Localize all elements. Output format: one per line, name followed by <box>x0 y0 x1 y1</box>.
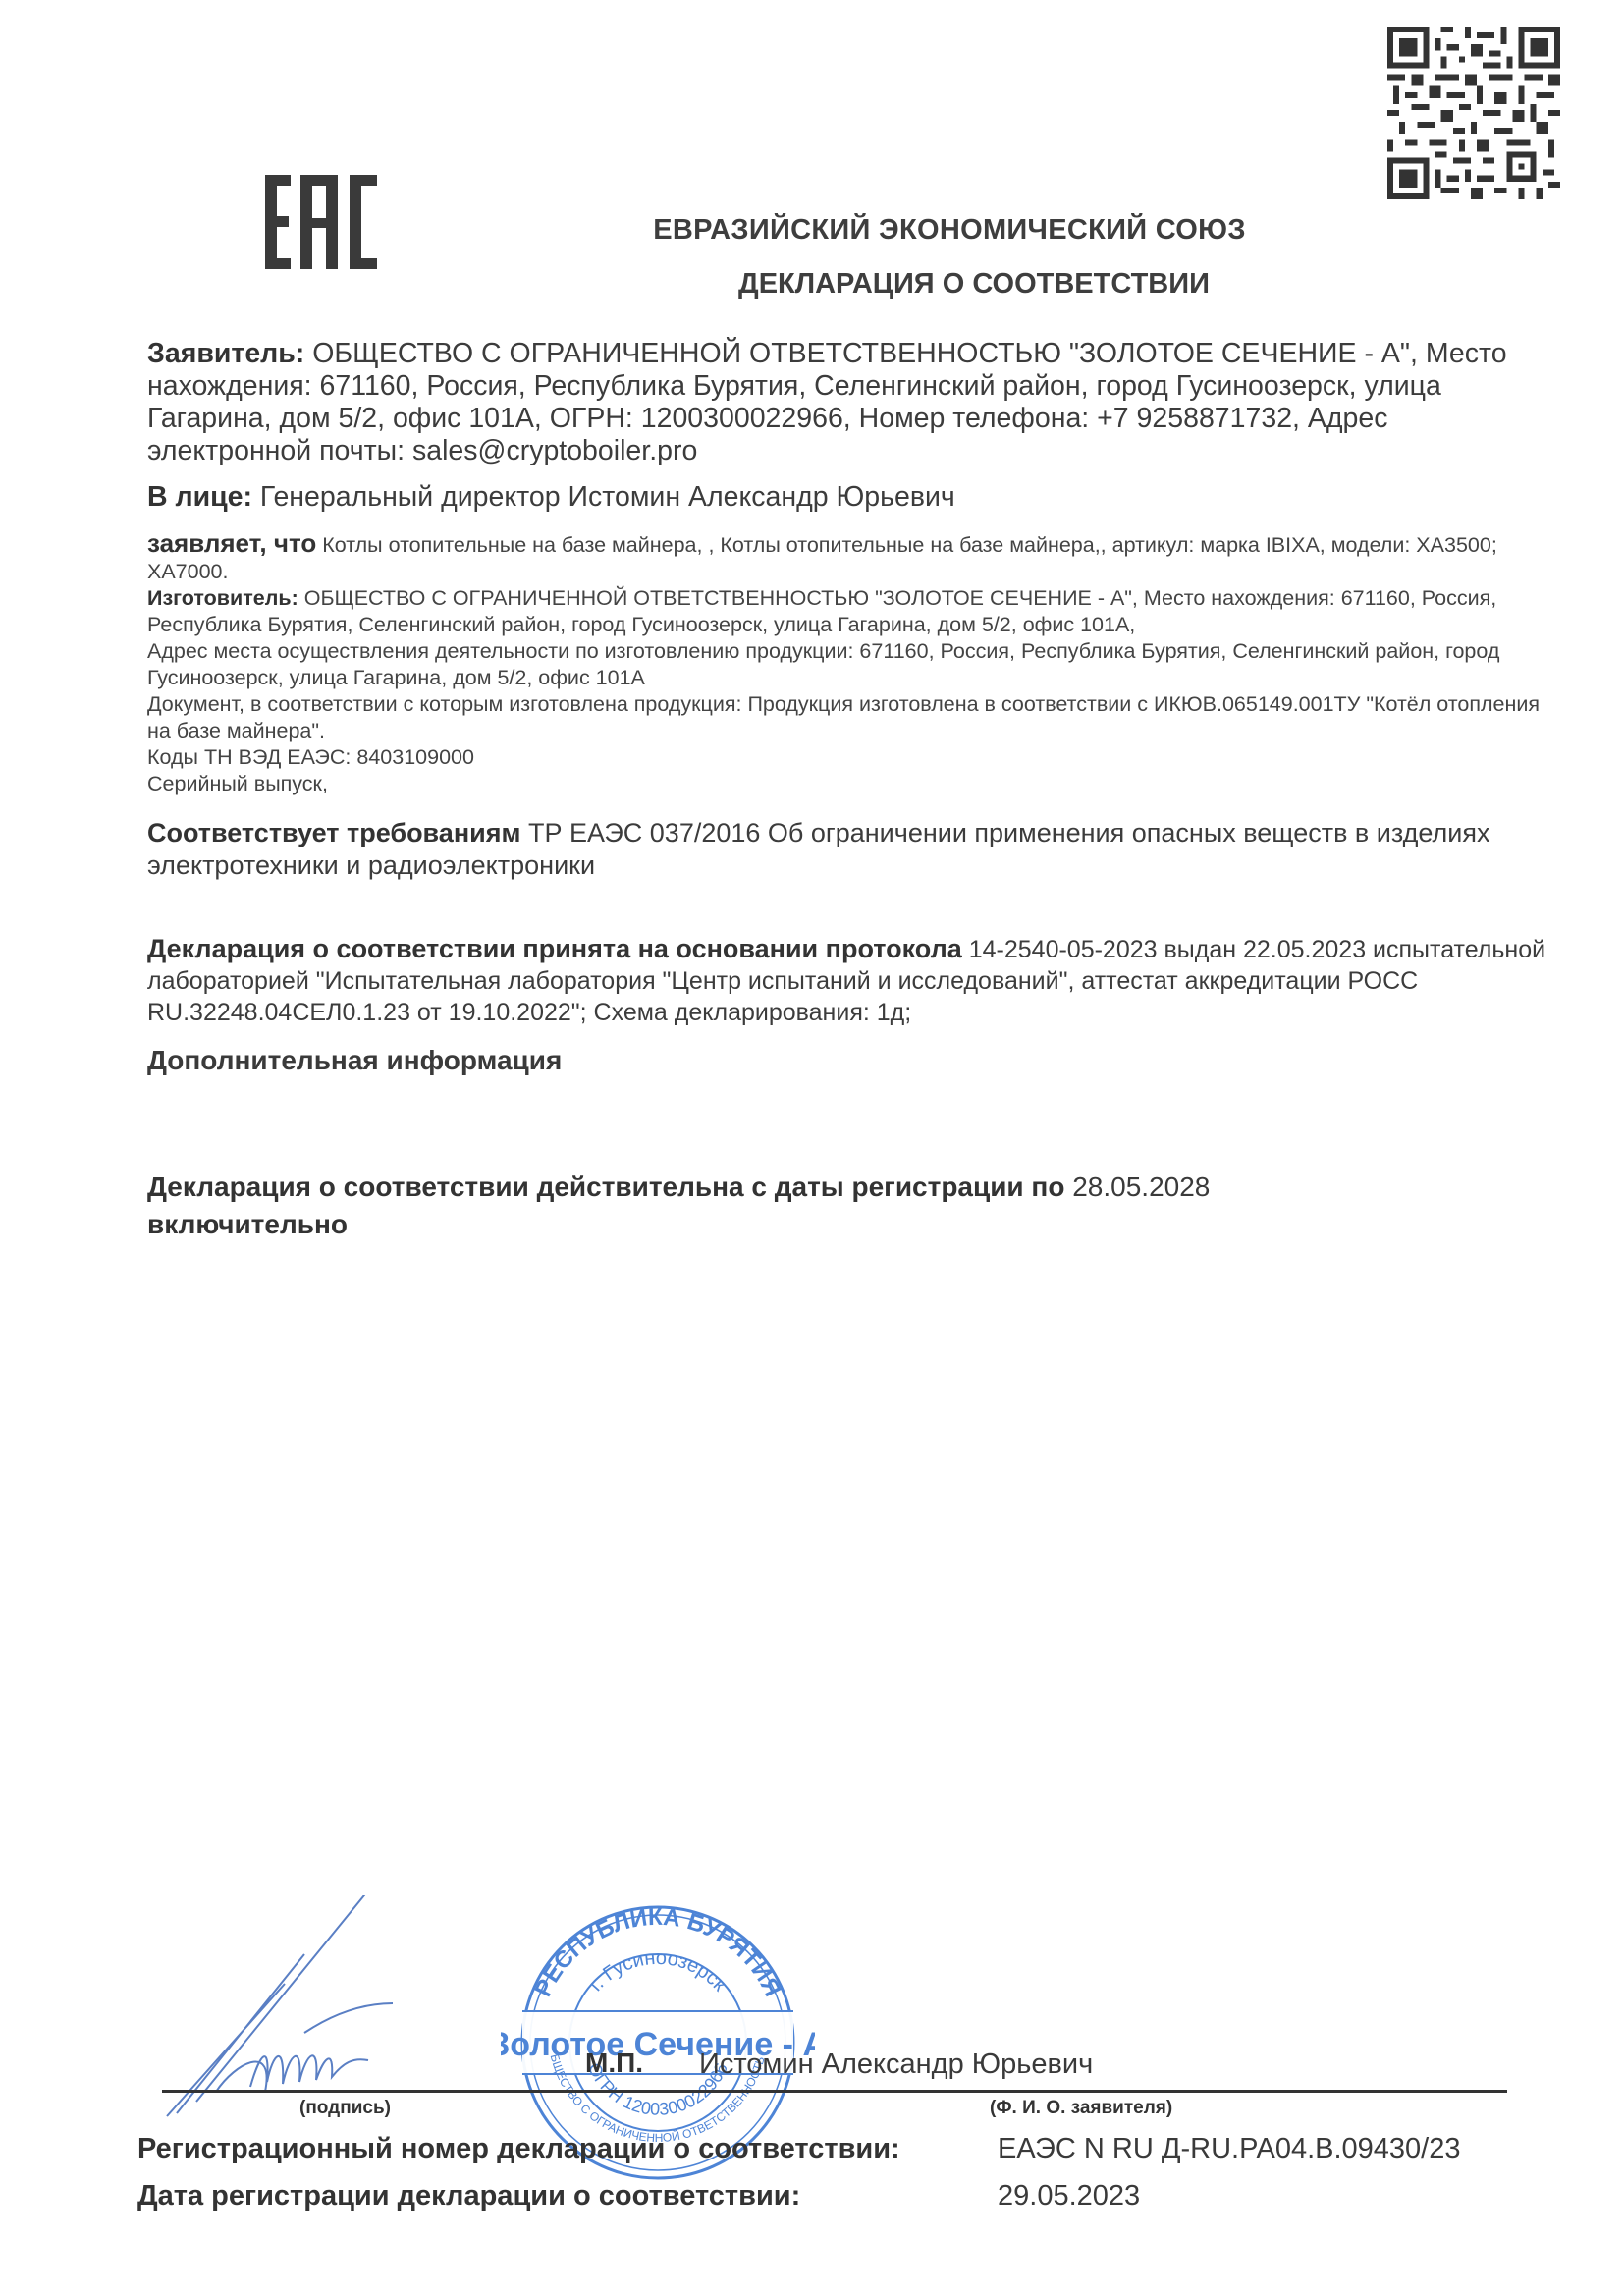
customs-codes: Коды ТН ВЭД ЕАЭС: 8403109000 <box>147 744 1551 771</box>
protocol-section: Декларация о соответствии принята на осн… <box>147 933 1551 1028</box>
protocol-label: Декларация о соответствии принята на осн… <box>147 934 962 963</box>
applicant-text: ОБЩЕСТВО С ОГРАНИЧЕННОЙ ОТВЕТСТВЕННОСТЬЮ… <box>147 338 1507 466</box>
signature-line <box>162 2090 777 2093</box>
validity-section: Декларация о соответствии действительна … <box>147 1169 1551 1243</box>
additional-info-heading: Дополнительная информация <box>147 1045 1551 1076</box>
applicant-label: Заявитель: <box>147 338 304 369</box>
representative-text: Генеральный директор Истомин Александр Ю… <box>252 481 955 513</box>
conformity-section: Соответствует требованиям ТР ЕАЭС 037/20… <box>147 817 1551 882</box>
registration-number-label: Регистрационный номер декларации о соотв… <box>137 2133 900 2165</box>
registration-date: 29.05.2023 <box>998 2180 1140 2213</box>
registration-date-label: Дата регистрации декларации о соответств… <box>137 2180 800 2213</box>
name-caption: (Ф. И. О. заявителя) <box>990 2098 1172 2119</box>
validity-label: Декларация о соответствии действительна … <box>147 1172 1064 1202</box>
applicant-section: Заявитель: ОБЩЕСТВО С ОГРАНИЧЕННОЙ ОТВЕТ… <box>147 338 1551 467</box>
validity-suffix: включительно <box>147 1209 348 1239</box>
manufacturer-label: Изготовитель: <box>147 586 298 610</box>
serial-release: Серийный выпуск, <box>147 771 1551 797</box>
manufacturer-line: Изготовитель: ОБЩЕСТВО С ОГРАНИЧЕННОЙ ОТ… <box>147 585 1551 638</box>
product-text: Котлы отопительные на базе майнера, , Ко… <box>147 533 1497 583</box>
document-title: ДЕКЛАРАЦИЯ О СООТВЕТСТВИИ <box>0 268 1624 301</box>
declaration-details: заявляет, что Котлы отопительные на базе… <box>147 530 1551 797</box>
product-line: заявляет, что Котлы отопительные на базе… <box>147 530 1551 585</box>
svg-text:г. Гусиноозерск: г. Гусиноозерск <box>585 1947 731 1995</box>
union-title: ЕВРАЗИЙСКИЙ ЭКОНОМИЧЕСКИЙ СОЮЗ <box>0 214 1624 246</box>
signature-icon <box>157 1895 471 2121</box>
declares-label: заявляет, что <box>147 528 316 558</box>
validity-date: 28.05.2028 <box>1064 1172 1210 1202</box>
name-line <box>687 2090 1507 2093</box>
manufacturer-text: ОБЩЕСТВО С ОГРАНИЧЕННОЙ ОТВЕТСТВЕННОСТЬЮ… <box>147 586 1496 636</box>
seal-place-mark: М.П. <box>585 2048 643 2079</box>
signature-caption: (подпись) <box>299 2098 391 2119</box>
representative-label: В лице: <box>147 481 252 513</box>
conformity-label: Соответствует требованиям <box>147 818 520 847</box>
standard-document: Документ, в соответствии с которым изгот… <box>147 691 1551 744</box>
stamp-city-text: г. Гусиноозерск <box>585 1947 731 1995</box>
applicant-full-name: Истомин Александр Юрьевич <box>699 2049 1093 2081</box>
representative-section: В лице: Генеральный директор Истомин Але… <box>147 481 1551 514</box>
registration-number: ЕАЭС N RU Д-RU.РА04.В.09430/23 <box>998 2133 1461 2165</box>
qr-code-icon <box>1387 27 1560 199</box>
production-address: Адрес места осуществления деятельности п… <box>147 638 1551 691</box>
